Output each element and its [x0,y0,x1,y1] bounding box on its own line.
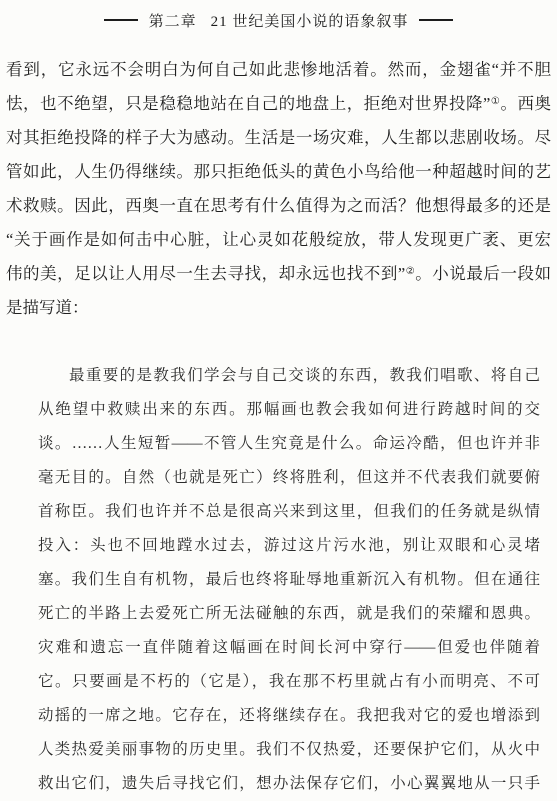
text-line: 灾难和遗忘一直伴随着这幅画在时间长河中穿行——但爱也伴随着 [38,631,540,665]
text-line: “关于画作是如何击中心脏，让心灵如花般绽放，带人发现更广袤、更宏 [6,223,551,257]
text-line: 投入：头也不回地蹚水过去，游过这片污水池，别让双眼和心灵堵 [38,529,540,563]
text-line: 死亡的半路上去爱死亡所无法碰触的东西，就是我们的荣耀和恩典。 [38,597,540,631]
text-line: 塞。我们生自有机物，最后也终将耻辱地重新沉入有机物。但在通往 [38,563,540,597]
text-line: 它。只要画是不朽的（它是），我在那不朽里就占有小而明亮、不可 [38,665,540,699]
text-line: 管如此，人生仍得继续。那只拒绝低头的黄色小鸟给他一种超越时间的艺 [6,155,551,189]
chapter-label: 第二章 [149,10,197,31]
text-line: 看到，它永远不会明白为何自己如此悲惨地活着。然而，金翅雀“并不胆 [6,53,551,87]
text-line: 动摇的一席之地。它存在，还将继续存在。我把我对它的爱也增添到 [38,699,540,733]
text-line: 人类热爱美丽事物的历史里。我们不仅热爱，还要保护它们，从火中 [38,733,540,767]
text-line: 谈。……人生短暂——不管人生究竟是什么。命运冷酷，但也许并非 [38,427,540,461]
header-rule-left-icon [104,19,138,21]
footnote-mark: ② [405,266,415,277]
text-line: 怯，也不绝望，只是稳稳地站在自己的地盘上，拒绝对世界投降”①。西奥 [6,87,551,121]
text-line: 首称臣。我们也许并不总是很高兴来到这里，但我们的任务就是纵情 [38,495,540,529]
running-header: 第二章 21 世纪美国小说的语象叙事 [0,0,557,31]
header-rule-right-icon [419,19,453,21]
text-line: 救出它们，遗失后寻找它们，想办法保存它们，小心翼翼地从一只手 [38,767,540,801]
text-line: 从绝望中救赎出来的东西。那幅画也教会我如何进行跨越时间的交 [38,393,540,427]
text-line: 最重要的是教我们学会与自己交谈的东西，教我们唱歌、将自己 [38,359,540,393]
text-line: 术救赎。因此，西奥一直在思考有什么值得为之而活？他想得最多的还是 [6,189,551,223]
footnote-mark: ① [490,96,500,107]
main-paragraph: 看到，它永远不会明白为何自己如此悲惨地活着。然而，金翅雀“并不胆怯，也不绝望，只… [0,53,557,325]
text-line: 毫无目的。自然（也就是死亡）终将胜利，但这并不代表我们就要俯 [38,461,540,495]
text-line: 对其拒绝投降的样子大为感动。生活是一场灾难，人生都以悲剧收场。尽 [6,121,551,155]
chapter-title: 21 世纪美国小说的语象叙事 [211,10,409,31]
text-line: 是描写道： [6,291,551,325]
book-page: 第二章 21 世纪美国小说的语象叙事 看到，它永远不会明白为何自己如此悲惨地活着… [0,0,557,801]
text-line: 伟的美，足以让人用尽一生去寻找，却永远也找不到”②。小说最后一段如 [6,257,551,291]
block-quote: 最重要的是教我们学会与自己交谈的东西，教我们唱歌、将自己从绝望中救赎出来的东西。… [38,359,540,801]
